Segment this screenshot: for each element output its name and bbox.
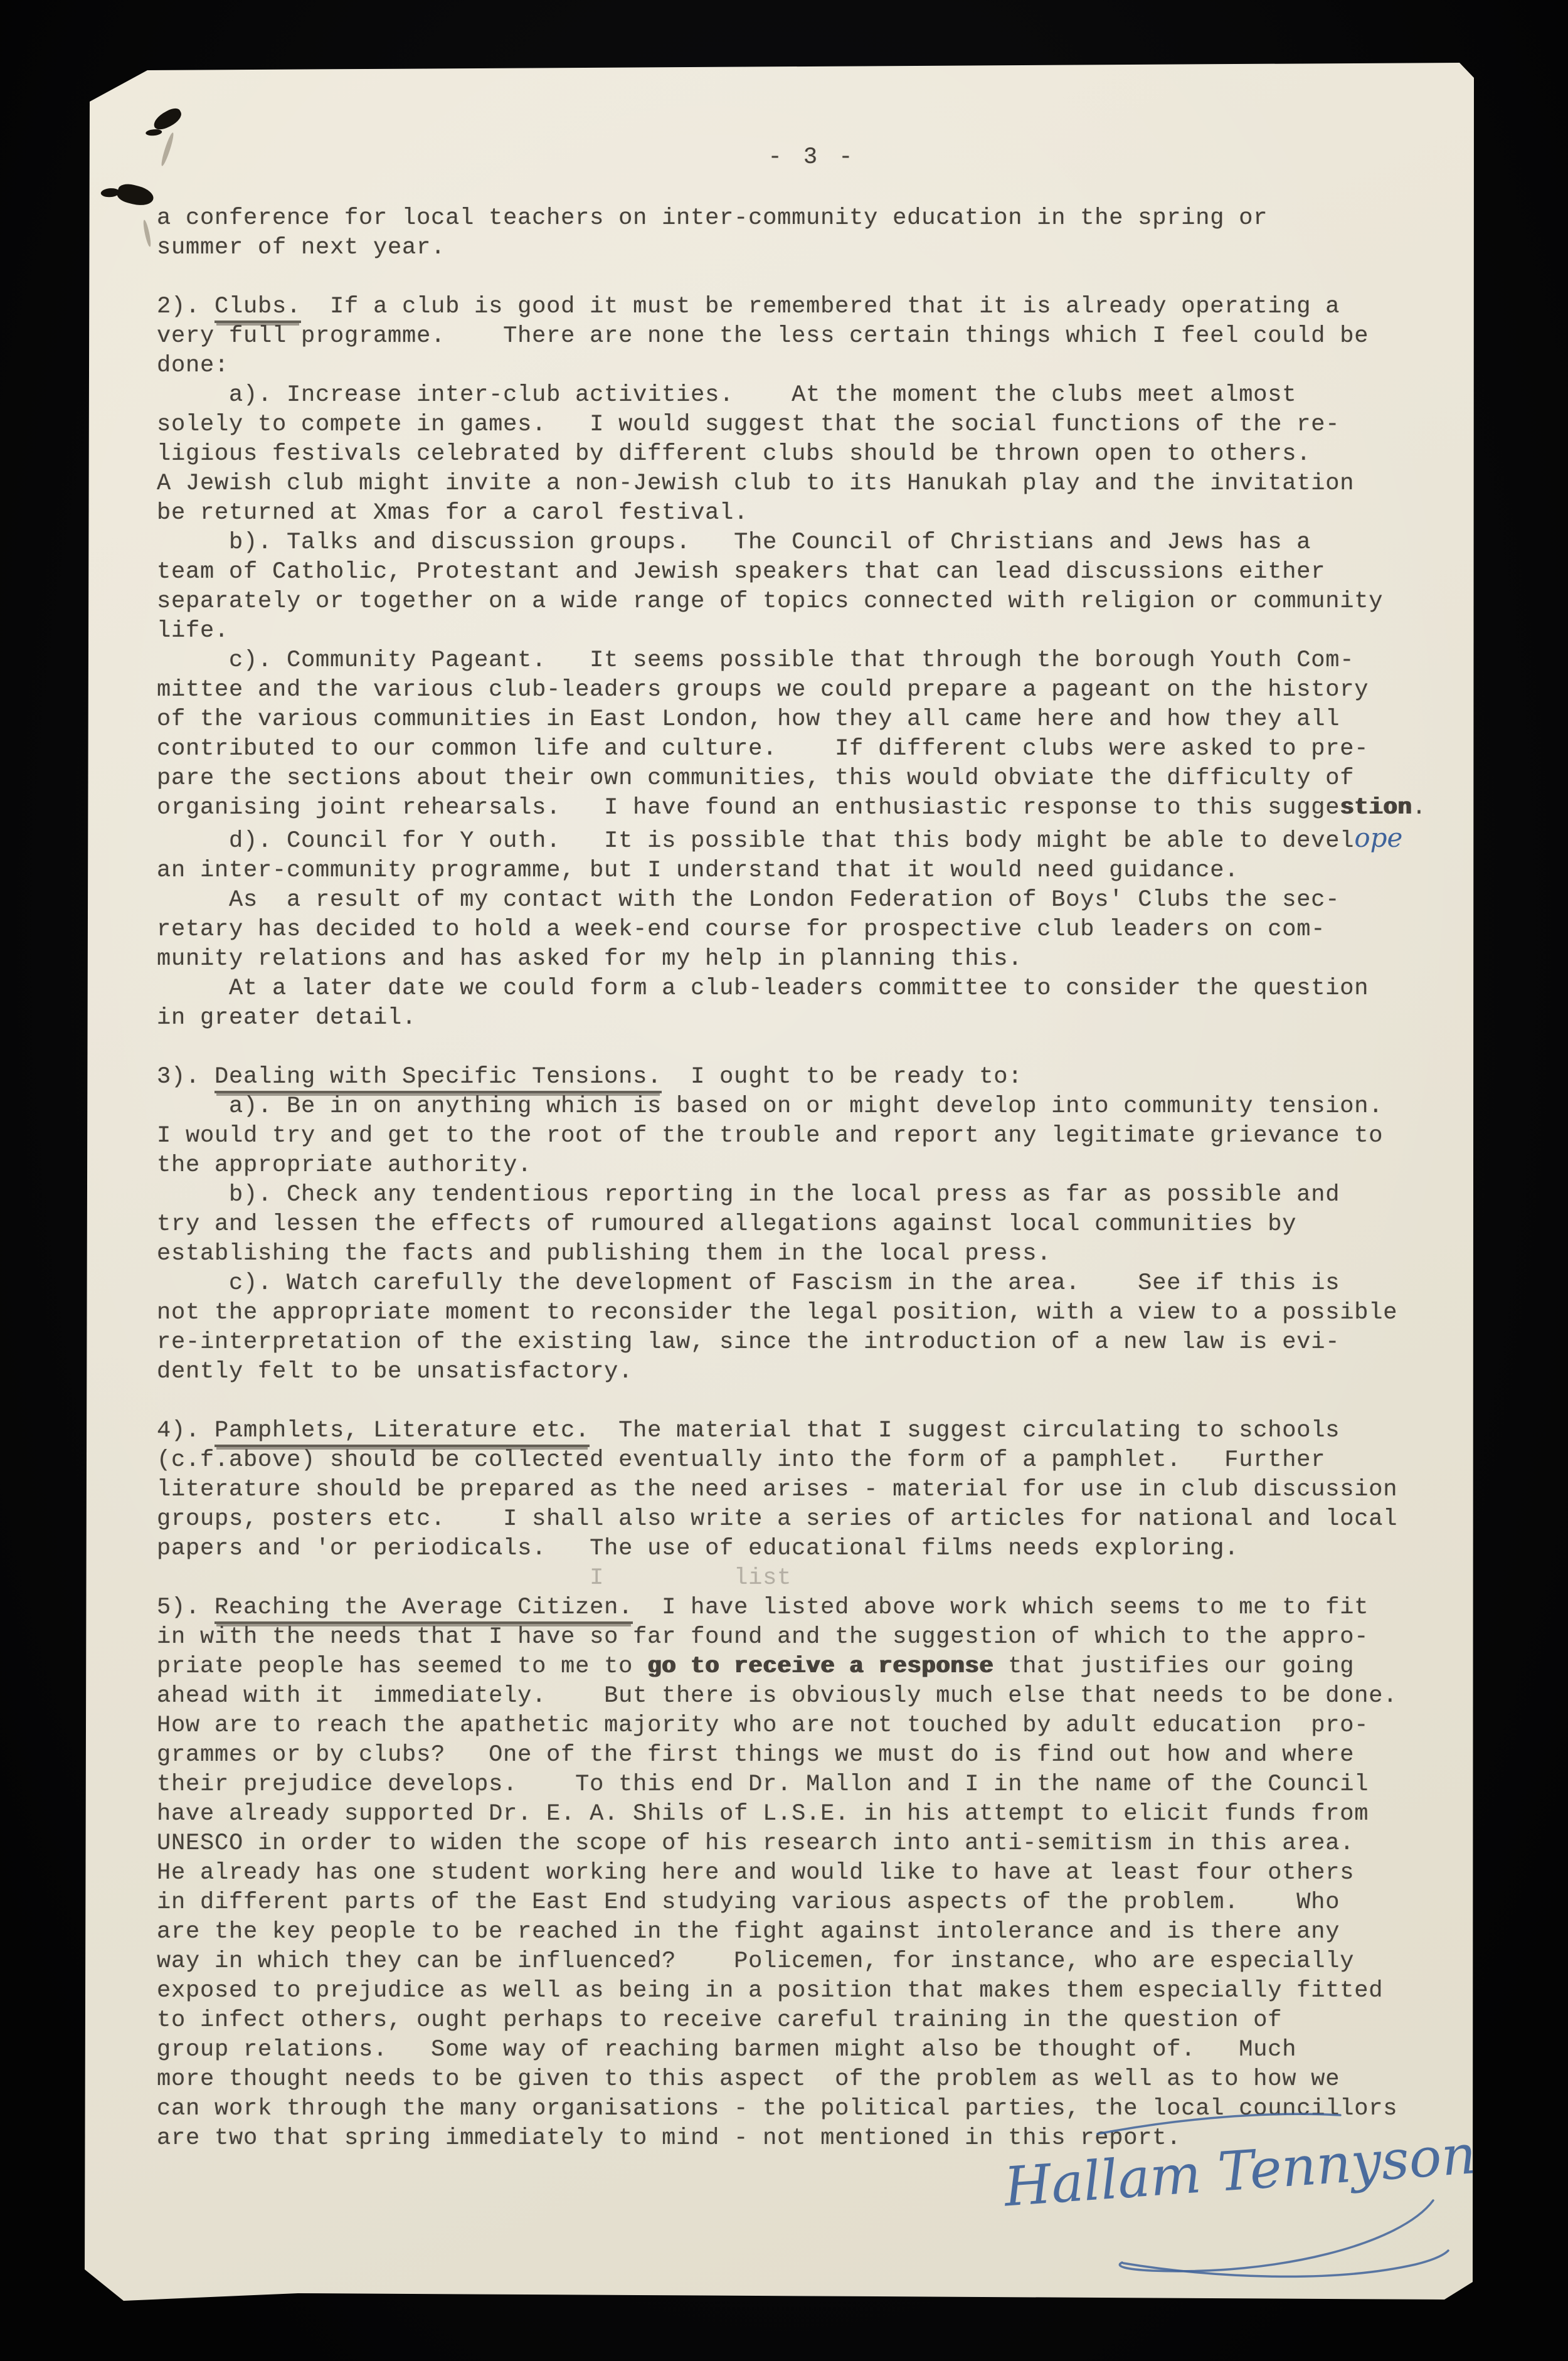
paragraph: d). Council for Y outh. It is possible t…: [157, 823, 1468, 886]
text-line: solely to compete in games. I would sugg…: [157, 410, 1468, 440]
text-line: in greater detail.: [157, 1004, 1468, 1033]
text-line: mittee and the various club-leaders grou…: [157, 676, 1468, 705]
signature-flourish: Hallam Tennyson: [994, 2076, 1508, 2296]
text-line: UNESCO in order to widen the scope of hi…: [157, 1829, 1468, 1859]
handwritten-insert: ope: [1354, 822, 1402, 853]
text-line: munity relations and has asked for my he…: [157, 945, 1468, 974]
text-line: team of Catholic, Protestant and Jewish …: [157, 558, 1468, 587]
text-line: not the appropriate moment to reconsider…: [157, 1298, 1468, 1328]
staple-tear-mark: [115, 181, 156, 208]
text-line: group relations. Some way of reaching ba…: [157, 2035, 1468, 2065]
overtyped-text: stion: [1340, 795, 1412, 821]
text-line: I would try and get to the root of the t…: [157, 1122, 1468, 1151]
text-line: exposed to prejudice as well as being in…: [157, 1976, 1468, 2006]
text-line: ahead with it immediately. But there is …: [157, 1682, 1468, 1711]
text-line: I list: [157, 1564, 1468, 1593]
text-line: a). Increase inter-club activities. At t…: [157, 381, 1468, 410]
text-line: organising joint rehearsals. I have foun…: [157, 793, 1468, 823]
text-line: re-interpretation of the existing law, s…: [157, 1328, 1468, 1357]
underlined-heading: Clubs.: [215, 294, 301, 323]
text-line: grammes or by clubs? One of the first th…: [157, 1741, 1468, 1770]
paragraph: b). Talks and discussion groups. The Cou…: [157, 528, 1468, 646]
text-line: the appropriate authority.: [157, 1151, 1468, 1180]
underlined-heading: Dealing with Specific Tensions.: [215, 1064, 662, 1093]
text-line: life.: [157, 617, 1468, 646]
text-line: retary has decided to hold a week-end co…: [157, 915, 1468, 945]
text-line: a). Be in on anything which is based on …: [157, 1092, 1468, 1122]
signature: Hallam Tennyson: [994, 2076, 1508, 2296]
paragraph: 2). Clubs. If a club is good it must be …: [157, 292, 1468, 381]
text-line: summer of next year.: [157, 233, 1468, 263]
text-line: 4). Pamphlets, Literature etc. The mater…: [157, 1416, 1468, 1446]
text-line: to infect others, ought perhaps to recei…: [157, 2006, 1468, 2035]
overtyped-text: go to receive a response: [647, 1653, 993, 1680]
paragraph: c). Community Pageant. It seems possible…: [157, 646, 1468, 823]
paper-crease: [142, 220, 152, 247]
erased-text: I list: [590, 1565, 792, 1591]
paragraph: 4). Pamphlets, Literature etc. The mater…: [157, 1416, 1468, 1593]
text-line: dently felt to be unsatisfactory.: [157, 1357, 1468, 1387]
text-line: are the key people to be reached in the …: [157, 1918, 1468, 1947]
text-line: of the various communities in East Londo…: [157, 705, 1468, 735]
text-line: (c.f.above) should be collected eventual…: [157, 1446, 1468, 1475]
paragraph: a conference for local teachers on inter…: [157, 204, 1468, 263]
document-page: - 3 - a conference for local teachers on…: [85, 63, 1474, 2301]
text-line: How are to reach the apathetic majority …: [157, 1711, 1468, 1741]
text-line: c). Watch carefully the development of F…: [157, 1269, 1468, 1298]
text-line: done:: [157, 351, 1468, 381]
text-line: contributed to our common life and cultu…: [157, 735, 1468, 764]
text-line: establishing the facts and publishing th…: [157, 1239, 1468, 1269]
paragraph: At a later date we could form a club-lea…: [157, 974, 1468, 1033]
text-line: way in which they can be influenced? Pol…: [157, 1947, 1468, 1976]
paragraph: 3). Dealing with Specific Tensions. I ou…: [157, 1063, 1468, 1387]
text-line: very full programme. There are none the …: [157, 322, 1468, 351]
page-number: - 3 -: [157, 143, 1468, 172]
paragraph: a). Increase inter-club activities. At t…: [157, 381, 1468, 528]
text-line: their prejudice develops. To this end Dr…: [157, 1770, 1468, 1800]
text-line: A Jewish club might invite a non-Jewish …: [157, 469, 1468, 499]
text-line: in with the needs that I have so far fou…: [157, 1623, 1468, 1652]
text-line: priate people has seemed to me to go to …: [157, 1652, 1468, 1682]
text-line: b). Check any tendentious reporting in t…: [157, 1180, 1468, 1210]
text-line: c). Community Pageant. It seems possible…: [157, 646, 1468, 676]
text-line: 2). Clubs. If a club is good it must be …: [157, 292, 1468, 322]
paragraph: As a result of my contact with the Londo…: [157, 886, 1468, 974]
text-line: groups, posters etc. I shall also write …: [157, 1505, 1468, 1534]
text-line: literature should be prepared as the nee…: [157, 1475, 1468, 1505]
text-line: b). Talks and discussion groups. The Cou…: [157, 528, 1468, 558]
text-line: He already has one student working here …: [157, 1859, 1468, 1888]
text-line: pare the sections about their own commun…: [157, 764, 1468, 793]
text-line: 3). Dealing with Specific Tensions. I ou…: [157, 1063, 1468, 1092]
text-line: 5). Reaching the Average Citizen. I have…: [157, 1593, 1468, 1623]
signature-text: Hallam Tennyson: [1001, 2123, 1478, 2219]
text-line: d). Council for Y outh. It is possible t…: [157, 823, 1468, 856]
underlined-heading: Pamphlets, Literature etc.: [215, 1418, 590, 1447]
paragraph: 5). Reaching the Average Citizen. I have…: [157, 1593, 1468, 2153]
staple-tear-mark: [151, 105, 184, 132]
text-line: in different parts of the East End study…: [157, 1888, 1468, 1918]
text-line: At a later date we could form a club-lea…: [157, 974, 1468, 1004]
text-line: separately or together on a wide range o…: [157, 587, 1468, 617]
document-text: - 3 - a conference for local teachers on…: [157, 143, 1468, 2153]
text-line: As a result of my contact with the Londo…: [157, 886, 1468, 915]
underlined-heading: Reaching the Average Citizen.: [215, 1594, 633, 1624]
text-line: an inter-community programme, but I unde…: [157, 856, 1468, 886]
text-line: try and lessen the effects of rumoured a…: [157, 1210, 1468, 1239]
text-line: papers and 'or periodicals. The use of e…: [157, 1534, 1468, 1564]
text-line: be returned at Xmas for a carol festival…: [157, 499, 1468, 528]
text-line: ligious festivals celebrated by differen…: [157, 440, 1468, 469]
text-line: a conference for local teachers on inter…: [157, 204, 1468, 233]
text-line: have already supported Dr. E. A. Shils o…: [157, 1800, 1468, 1829]
